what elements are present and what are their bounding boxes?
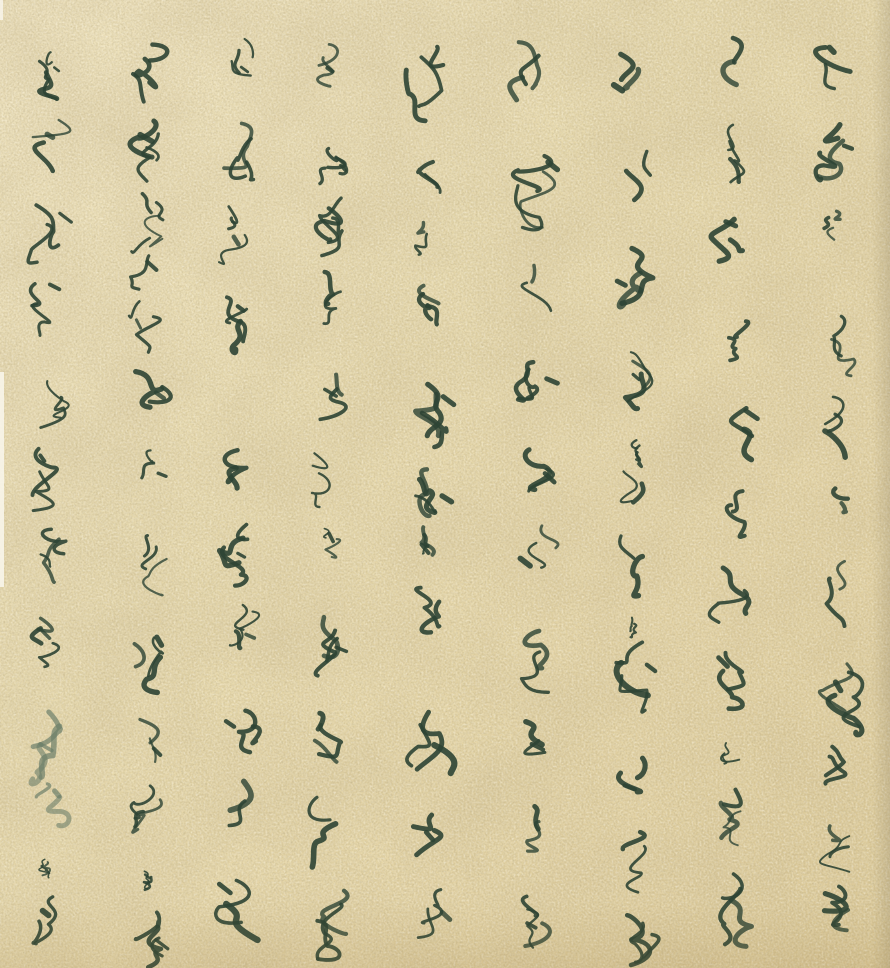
left-corner-sliver bbox=[0, 0, 3, 20]
left-edge-sliver bbox=[0, 372, 4, 587]
bottom-edge-shadow bbox=[0, 900, 890, 968]
calligraphy-sheet bbox=[0, 0, 890, 968]
paper-light-flecks bbox=[0, 0, 890, 968]
calligraphy-ink-layer bbox=[0, 0, 890, 968]
right-edge-shadow bbox=[872, 0, 890, 968]
